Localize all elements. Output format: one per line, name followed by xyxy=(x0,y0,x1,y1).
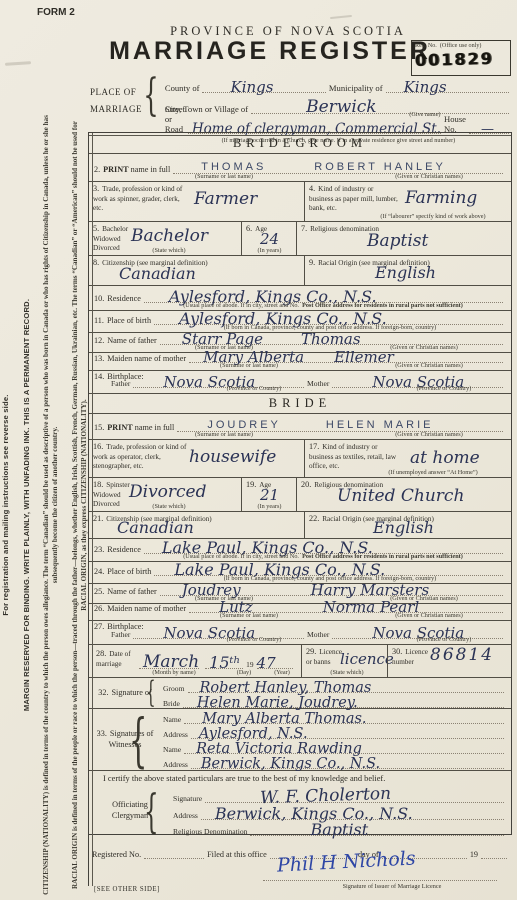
bride-industry-value: at home xyxy=(410,450,480,467)
marriage-day-value: 15ᵗʰ xyxy=(209,655,240,671)
margin-registration-note: For registration and mailing instruction… xyxy=(1,111,10,899)
give-name-note: (Give name) xyxy=(380,112,470,118)
reg-no-label: Reg. No. xyxy=(415,43,437,49)
marriage-register-page: For registration and mailing instruction… xyxy=(0,0,517,900)
issuer-signature-label: Signature of Issuer of Marriage Licence xyxy=(292,884,492,890)
groom-given-value: ROBERT HANLEY xyxy=(314,162,446,173)
groom-mother-label: Maiden name of mother xyxy=(107,354,186,363)
groom-signature: Robert Hanley, Thomas xyxy=(200,681,372,696)
date-licence-row: 28.Date of marriage March 15ᵗʰ 19 47 (Mo… xyxy=(89,645,511,678)
groom-citizenship-value: Canadian xyxy=(119,266,196,282)
place-of-label: PLACE OF xyxy=(90,84,143,101)
groom-age-value: 24 xyxy=(260,232,279,247)
bride-trade-industry-row: 16.Trade, profession or kind of work as … xyxy=(89,440,511,478)
bride-industry-label: Kind of industry or business as textiles… xyxy=(309,443,396,470)
at-home-note: (If unemployed answer “At Home”) xyxy=(358,470,508,476)
see-other-side-note: [SEE OTHER SIDE] xyxy=(94,886,160,893)
county-label: County of xyxy=(165,83,200,93)
margin-racial-origin-definition: RACIAL ORIGIN is defined in terms of the… xyxy=(71,111,89,899)
bride-age-value: 21 xyxy=(260,488,279,503)
city-row: City, Town or Village of Berwick xyxy=(165,93,512,114)
bride-citizenship-value: Canadian xyxy=(117,520,194,536)
bride-trade-label: Trade, profession or kind of work as ope… xyxy=(93,443,186,470)
bride-parents-birthplace-row: 27.Birthplace: Father Nova Scotia Mother… xyxy=(89,621,511,645)
margin-binding-note: MARGIN RESERVED FOR BINDING. WRITE PLAIN… xyxy=(22,111,31,899)
bride-birthplace-label: Place of birth xyxy=(107,567,151,576)
bride-surname-value: JOUDREY xyxy=(207,420,281,431)
filed-label: Filed at this office xyxy=(207,850,267,859)
groom-residence-label: Residence xyxy=(107,294,141,303)
year-prefix: 19 xyxy=(470,850,478,859)
bride-mother-row: 26. Maiden name of mother Lutz Norma Pea… xyxy=(89,604,511,621)
bride-header: BRIDE xyxy=(89,394,511,414)
bride-signature: Helen Marie, Joudrey. xyxy=(197,696,358,711)
margin-citizenship-definition: CITIZENSHIP (NATIONALITY) is defined in … xyxy=(42,111,60,899)
witness1-address: Aylesford, N.S. xyxy=(199,727,308,742)
bride-name-row: 15. PRINT name in full JOUDREY HELEN MAR… xyxy=(89,414,511,440)
groom-trade-label: Trade, profession or kind of work as spi… xyxy=(93,185,182,212)
couple-signatures-row: 32.Signature of { Groom Robert Hanley, T… xyxy=(89,678,511,709)
officiating-clergyman-row: Officiating Clergyman { Signature W. F. … xyxy=(89,786,511,836)
groom-industry-label: Kind of industry or business as paper mi… xyxy=(309,185,398,212)
given-note: (Given or Christian names) xyxy=(349,174,509,180)
bride-status-age-religion-row: 18.Spinster Widowed Divorced Divorced (S… xyxy=(89,478,511,512)
office-footer: Registered No. Filed at this office day … xyxy=(92,843,510,893)
reg-no-office-note: (Office use only) xyxy=(440,43,482,49)
registration-number-box: Reg. No. (Office use only) 001829 xyxy=(411,40,511,76)
witness2-name: Reta Victoria Rawding xyxy=(196,742,362,757)
groom-religion-value: Baptist xyxy=(367,233,428,250)
street-row: (Give name) Street or Road Home of clerg… xyxy=(165,114,512,134)
pencil-smudge xyxy=(5,61,31,66)
bride-religion-value: United Church xyxy=(337,488,464,505)
bride-mother-label: Maiden name of mother xyxy=(107,604,186,613)
groom-parents-birthplace-row: 14.Birthplace: Father Nova Scotia Mother… xyxy=(89,371,511,394)
bride-residence-label: Residence xyxy=(107,545,141,554)
groom-status-value: Bachelor xyxy=(131,228,208,245)
bride-citizenship-racial-row: 21.Citizenship (see marginal definition)… xyxy=(89,512,511,539)
labourer-note: (If “labourer” specify kind of work abov… xyxy=(358,214,508,220)
county-row: County of Kings Municipality of Kings xyxy=(165,72,512,93)
groom-status-age-religion-row: 5.Bachelor Widowed Divorced Bachelor (St… xyxy=(89,222,511,256)
groom-surname-value: THOMAS xyxy=(201,162,266,173)
bride-status-value: Divorced xyxy=(129,484,207,501)
street-label: Street or Road xyxy=(165,104,185,134)
licence-or-banns-value: licence xyxy=(340,652,394,667)
table-left-border-extension xyxy=(88,835,89,886)
form-number: FORM 2 xyxy=(37,7,75,18)
certify-statement: I certify the above stated particulars a… xyxy=(89,771,511,783)
bridegroom-header: BRIDEGROOM xyxy=(89,133,511,154)
groom-birthplace-label: Place of birth xyxy=(107,316,151,325)
page-title: MARRIAGE REGISTER xyxy=(70,37,470,66)
bride-father-label: Name of father xyxy=(107,587,157,596)
witness-signatures-row: 33.Signatures of Witnesses { Name Mary A… xyxy=(89,709,511,771)
bride-trade-value: housewife xyxy=(189,449,276,466)
bride-racial-value: English xyxy=(373,520,434,536)
witness2-address: Berwick, Kings Co., N.S. xyxy=(201,757,380,772)
register-table: BRIDEGROOM 2. PRINT name in full THOMAS … xyxy=(88,132,512,835)
groom-residence-row: 10. Residence Aylesford, Kings Co., N.S.… xyxy=(89,286,511,311)
clergyman-denomination: Baptist xyxy=(310,822,368,838)
registered-no-label: Registered No. xyxy=(92,850,141,859)
groom-industry-value: Farming xyxy=(405,190,477,207)
groom-citizenship-racial-row: 8.Citizenship (see marginal definition) … xyxy=(89,256,511,286)
surname-note: (Surname or last name) xyxy=(159,174,289,180)
marriage-label: MARRIAGE xyxy=(90,101,143,118)
groom-name-row: 2. PRINT name in full THOMAS ROBERT HANL… xyxy=(89,154,511,182)
groom-trade-industry-row: 3.Trade, profession or kind of work as s… xyxy=(89,182,511,222)
groom-birthplace-row: 11. Place of birth Aylesford, Kings Co.,… xyxy=(89,311,511,333)
marriage-year-value: 47 xyxy=(257,656,276,671)
groom-racial-value: English xyxy=(375,265,436,281)
licence-number-value: 86814 xyxy=(430,647,494,664)
bride-given-value: HELEN MARIE xyxy=(326,420,434,431)
groom-mother-row: 13. Maiden name of mother Mary Alberta E… xyxy=(89,353,511,371)
bride-residence-row: 23. Residence Lake Paul, Kings Co., N.S.… xyxy=(89,539,511,562)
groom-father-label: Name of father xyxy=(107,336,157,345)
municipality-label: Municipality of xyxy=(329,83,383,93)
witness1-name: Mary Alberta Thomas. xyxy=(202,712,366,727)
bride-birthplace-row: 24. Place of birth Lake Paul, Kings Co.,… xyxy=(89,562,511,584)
groom-trade-value: Farmer xyxy=(194,191,257,208)
reg-no-stamp: 001829 xyxy=(415,49,494,70)
pencil-smudge xyxy=(330,15,352,19)
issuer-signature: Phil H Nichols xyxy=(277,849,416,875)
left-margin-notes: For registration and mailing instruction… xyxy=(1,111,89,899)
